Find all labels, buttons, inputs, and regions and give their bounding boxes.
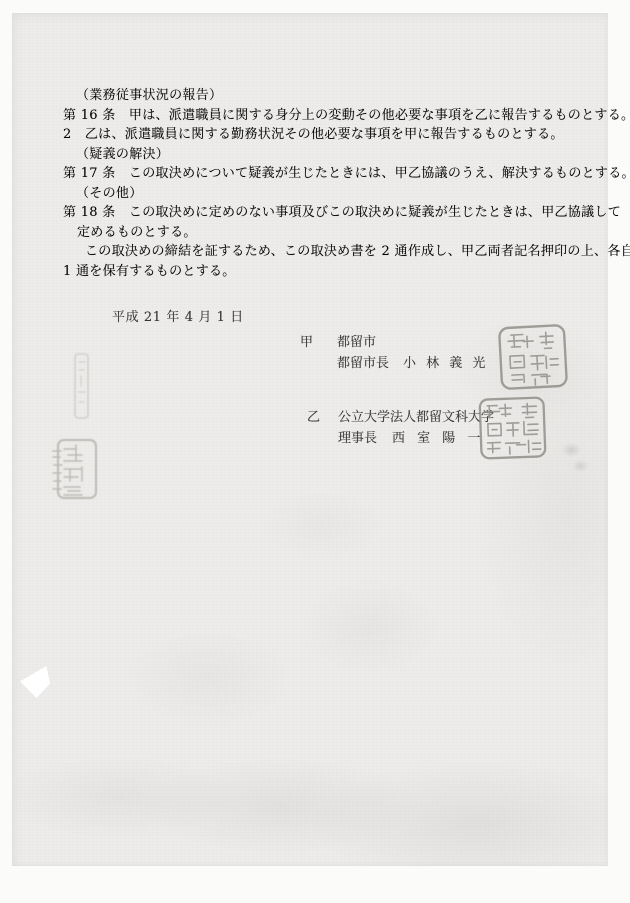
party-otsu-name: 西 室 陽 一 (392, 427, 484, 446)
party-kou-title: 都留市長 (337, 352, 389, 371)
party-otsu-title: 理事長 (338, 427, 377, 446)
otsu-seal-stamp (477, 395, 548, 461)
doc-line: 第 16 条 甲は、派遣職員に関する身分上の変動その他必要な事項を乙に報告するも… (63, 106, 603, 126)
document-body: （業務従事状況の報告） 第 16 条 甲は、派遣職員に関する身分上の変動その他必… (63, 86, 603, 281)
page-fold-artifact (20, 666, 50, 698)
scanned-document-page: （業務従事状況の報告） 第 16 条 甲は、派遣職員に関する身分上の変動その他必… (12, 13, 608, 866)
kou-seal-stamp (496, 322, 569, 393)
doc-line: 定めるものとする。 (63, 223, 603, 243)
doc-line: （疑義の解決） (63, 145, 603, 165)
doc-line: 第 18 条 この取決めに定めのない事項及びこの取決めに疑義が生じたときは、甲乙… (63, 203, 603, 223)
doc-line: この取決めの締結を証するため、この取決め書を 2 通作成し、甲乙両者記名押印の上… (63, 242, 603, 262)
doc-line: （業務従事状況の報告） (63, 86, 603, 106)
party-kou-org: 都留市 (337, 331, 376, 350)
bleedthrough-mark-narrow (73, 352, 91, 426)
party-otsu-org: 公立大学法人都留文科大学 (338, 406, 494, 425)
party-kou-name: 小 林 義 光 (403, 352, 488, 371)
doc-line: 1 通を保有するものとする。 (63, 262, 603, 282)
bleedthrough-mark-square (48, 437, 100, 507)
party-otsu-label: 乙 (307, 406, 320, 425)
party-kou-label: 甲 (300, 331, 313, 350)
doc-line: 第 17 条 この取決めについて疑義が生じたときには、甲乙協議のうえ、解決するも… (63, 164, 603, 184)
doc-line: （その他） (63, 184, 603, 204)
doc-line: 2 乙は、派遣職員に関する勤務状況その他必要な事項を甲に報告するものとする。 (63, 125, 603, 145)
scan-smudge (557, 438, 593, 478)
date-line: 平成 21 年 4 月 1 日 (112, 306, 244, 325)
